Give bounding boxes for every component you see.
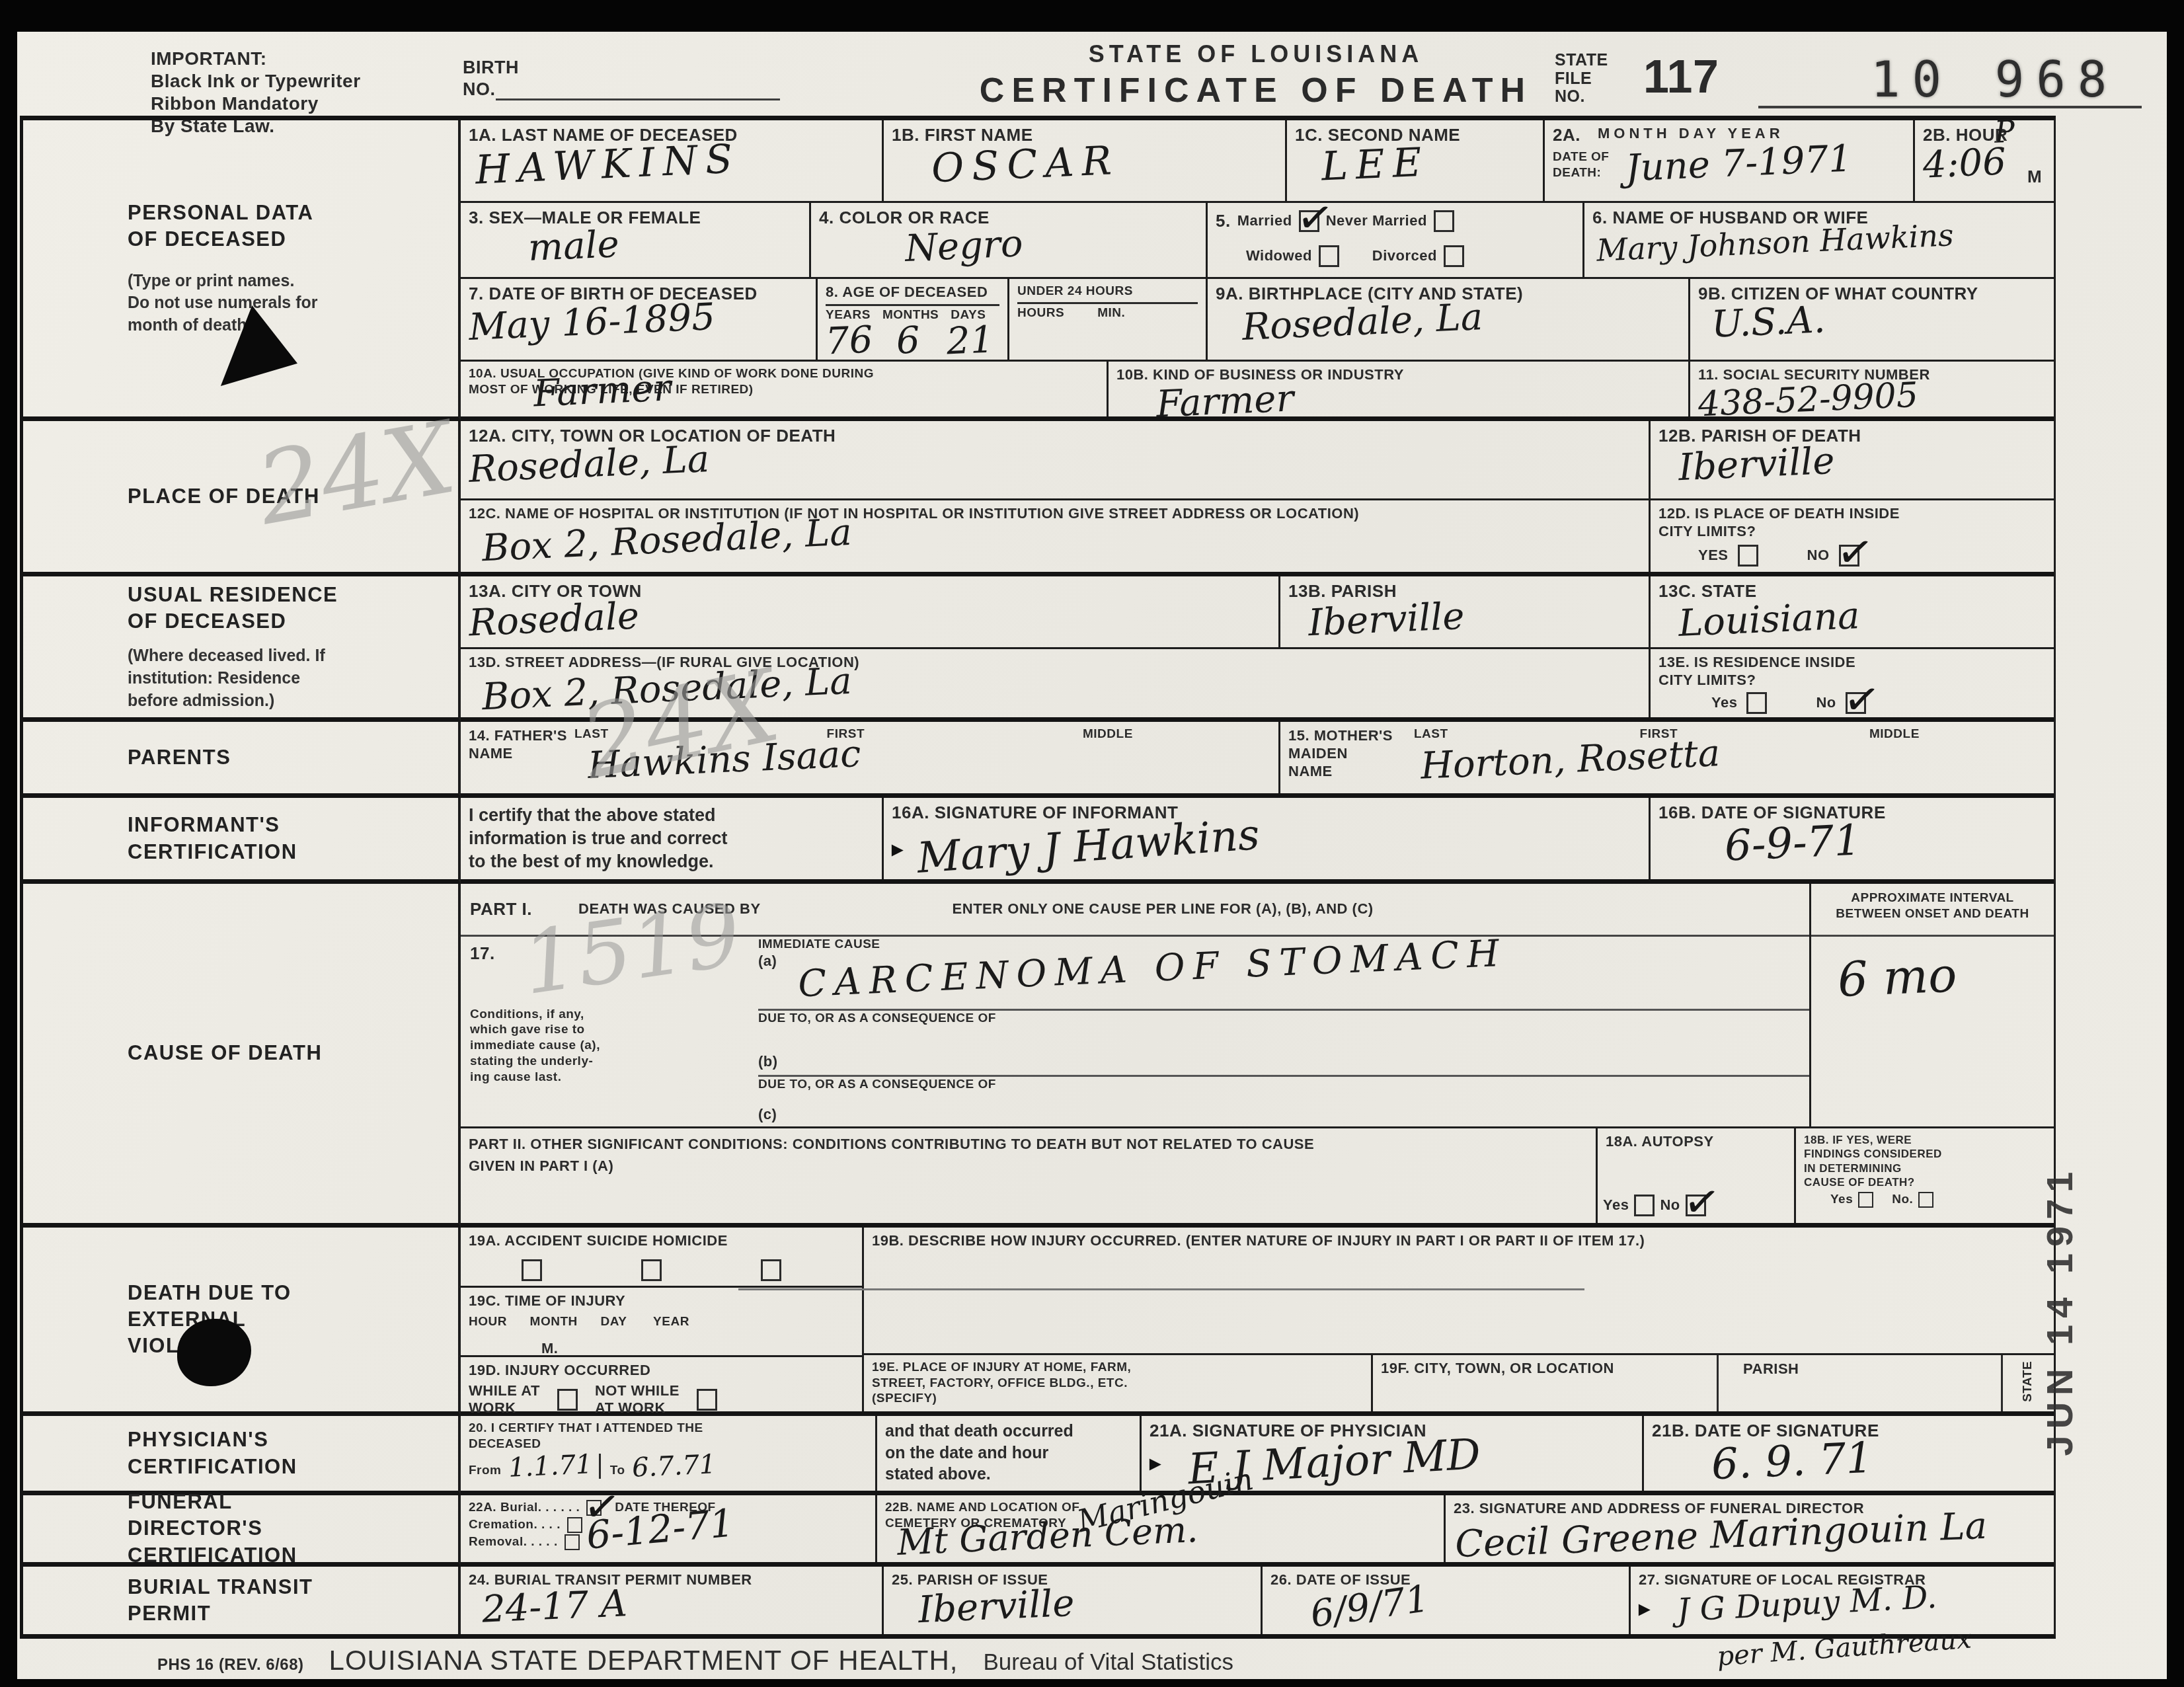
option-no: No xyxy=(1660,1197,1680,1214)
section-title: DEATH DUE TO EXTERNAL VIOLENCE xyxy=(128,1280,440,1360)
state-file-label: STATE FILE NO. xyxy=(1555,52,1608,106)
age-months-value: 6 xyxy=(896,323,921,359)
field-residence-city: 13A. CITY OR TOWN Rosedale xyxy=(461,576,1280,647)
immediate-cause-label: IMMEDIATE CAUSE xyxy=(758,937,880,951)
certificate-form: PERSONAL DATA OF DECEASED (Type or print… xyxy=(20,116,2056,1639)
field-value: 4:06 xyxy=(1922,144,2007,183)
section-burial-permit: BURIAL TRANSIT PERMIT xyxy=(23,1567,461,1634)
field-value-meridiem-p: P xyxy=(1994,117,2015,147)
section-cause-of-death: CAUSE OF DEATH xyxy=(23,884,461,1228)
cause-line-a: IMMEDIATE CAUSE (a) CARCENOMA OF STOMACH xyxy=(758,937,1809,1011)
row-physician: 20. I CERTIFY THAT I ATTENDED THE DECEAS… xyxy=(461,1416,2054,1495)
field-rows: 1A. LAST NAME OF DECEASED HAWKINS 1B. FI… xyxy=(461,120,2054,1634)
field-value: Box 2, Rosedale, La xyxy=(481,515,852,567)
checkbox-res-city-no xyxy=(1846,692,1866,714)
blank-line xyxy=(738,1288,1584,1290)
field-label: 3. SEX—MALE OR FEMALE xyxy=(469,208,801,229)
disposition-date-value: 6-12-71 xyxy=(585,1505,736,1553)
checkbox-autopsy-no xyxy=(1686,1195,1706,1216)
signature-arrow-icon: ► xyxy=(888,839,908,861)
field-label: UNDER 24 HOURS xyxy=(1017,284,1198,304)
field-value: 6-9-71 xyxy=(1724,820,1862,867)
field-permit-number: 24. BURIAL TRANSIT PERMIT NUMBER 24-17 A xyxy=(461,1567,884,1634)
field-label: 26. DATE OF ISSUE xyxy=(1270,1571,1621,1589)
field-funeral-director-signature: 23. SIGNATURE AND ADDRESS OF FUNERAL DIR… xyxy=(1446,1495,2054,1562)
cause-lines: IMMEDIATE CAUSE (a) CARCENOMA OF STOMACH… xyxy=(758,937,1809,1126)
field-value: Horton, Rosetta xyxy=(1420,736,1721,784)
row-informant: I certify that the above stated informat… xyxy=(461,798,2054,884)
field-mother-name: 15. MOTHER'S MAIDEN NAME LAST FIRST MIDD… xyxy=(1280,722,2054,793)
field-autopsy: 18A. AUTOPSY Yes No xyxy=(1598,1128,1796,1223)
row-occupation: 10A. USUAL OCCUPATION (GIVE KIND OF WORK… xyxy=(461,362,2054,421)
time-cols: HOUR MONTH DAY YEAR xyxy=(469,1314,854,1330)
checkbox-death-city-no xyxy=(1839,545,1859,567)
marker-c: (c) xyxy=(758,1106,777,1124)
checkbox-homicide xyxy=(761,1259,781,1281)
col-middle: MIDDLE xyxy=(1869,726,1920,742)
checkbox-removal xyxy=(565,1534,580,1550)
marker-a: (a) xyxy=(758,953,777,969)
option-no: No. xyxy=(1892,1192,1913,1208)
field-parish-of-death: 12B. PARISH OF DEATH Iberville xyxy=(1651,421,2054,498)
option-not-while-at-work: NOT WHILE AT WORK xyxy=(595,1382,680,1418)
conditions-note: Conditions, if any, which gave rise to i… xyxy=(470,1007,749,1085)
row-names: 1A. LAST NAME OF DECEASED HAWKINS 1B. FI… xyxy=(461,120,2054,203)
section-funeral-director: FUNERAL DIRECTOR'S CERTIFICATION xyxy=(23,1495,461,1567)
state-title: STATE OF LOUISIANA xyxy=(978,40,1534,69)
row-burial-permit: 24. BURIAL TRANSIT PERMIT NUMBER 24-17 A… xyxy=(461,1567,2054,1634)
field-residence-state: 13C. STATE Louisiana xyxy=(1651,576,2054,647)
field-age: 8. AGE OF DECEASED YEARS MONTHS DAYS 76 … xyxy=(818,279,1009,360)
violence-right-stack: 19B. DESCRIBE HOW INJURY OCCURRED. (ENTE… xyxy=(864,1228,2054,1411)
field-value: Iberville xyxy=(917,1586,1075,1628)
important-title: IMPORTANT: xyxy=(151,48,361,70)
field-industry: 10B. KIND OF BUSINESS OR INDUSTRY Farmer xyxy=(1109,362,1690,416)
field-value: Farmer xyxy=(1155,381,1294,422)
field-disposition: 22A. Burial. . . . . . DATE THEREOF Crem… xyxy=(461,1495,877,1562)
field-value: OSCAR xyxy=(931,142,1120,188)
checkbox-never-married xyxy=(1434,210,1454,232)
birth-no-field: BIRTH NO. xyxy=(463,57,780,100)
physician-statement: and that death occurred on the date and … xyxy=(877,1416,1142,1491)
field-date-of-birth: 7. DATE OF BIRTH OF DECEASED May 16-1895 xyxy=(461,279,818,360)
field-label: 19B. DESCRIBE HOW INJURY OCCURRED. (ENTE… xyxy=(872,1232,2046,1250)
field-death-inside-city-limits: 12D. IS PLACE OF DEATH INSIDE CITY LIMIT… xyxy=(1651,500,2054,572)
section-usual-residence: USUAL RESIDENCE OF DECEASED (Where decea… xyxy=(23,576,461,722)
field-value: 438-52-9905 xyxy=(1697,379,1919,422)
to-label: To xyxy=(610,1463,625,1479)
field-label: 16A. SIGNATURE OF INFORMANT xyxy=(892,803,1641,824)
field-label: 5. xyxy=(1216,211,1231,232)
row-cause-part2: PART II. OTHER SIGNIFICANT CONDITIONS: C… xyxy=(461,1128,2054,1228)
option-no: No xyxy=(1816,694,1836,712)
row-birth-age: 7. DATE OF BIRTH OF DECEASED May 16-1895… xyxy=(461,279,2054,362)
field-hour-of-death: 2B. HOUR 4:06 P M xyxy=(1915,120,2054,201)
birth-no-label: NO. xyxy=(463,79,496,100)
field-ssn: 11. SOCIAL SECURITY NUMBER 438-52-9905 xyxy=(1690,362,2054,416)
checkbox-death-city-yes xyxy=(1738,545,1758,567)
cause-a-value: CARCENOMA OF STOMACH xyxy=(797,936,1508,1002)
field-value: 6/9/71 xyxy=(1308,1581,1431,1633)
field-date-of-issue: 26. DATE OF ISSUE 6/9/71 xyxy=(1263,1567,1631,1634)
field-findings-considered: 18B. IF YES, WERE FINDINGS CONSIDERED IN… xyxy=(1796,1128,2054,1223)
to-value: 6.7.71 xyxy=(631,1452,717,1481)
field-value: U.S.A. xyxy=(1711,302,1826,342)
field-19f: 19F. CITY, TOWN, OR LOCATION PARISH STAT… xyxy=(1373,1355,2054,1411)
field-value: LEE xyxy=(1321,143,1430,186)
section-title: PARENTS xyxy=(128,744,440,771)
field-19d: 19D. INJURY OCCURRED WHILE AT WORK NOT W… xyxy=(461,1355,862,1422)
field-residence-inside-city-limits: 13E. IS RESIDENCE INSIDE CITY LIMITS? Ye… xyxy=(1651,649,2054,717)
field-label: 18A. AUTOPSY xyxy=(1606,1133,1786,1151)
section-title: INFORMANT'S CERTIFICATION xyxy=(128,812,440,865)
checkbox-res-city-yes xyxy=(1746,692,1767,714)
field-citizen-of: 9B. CITIZEN OF WHAT COUNTRY U.S.A. xyxy=(1690,279,2054,360)
field-marital-status: 5. Married Never Married Widowed Divorce… xyxy=(1208,203,1584,277)
state-file-number: 117 xyxy=(1643,49,1719,105)
department-name: LOUISIANA STATE DEPARTMENT OF HEALTH, xyxy=(329,1645,958,1676)
checkbox-widowed xyxy=(1319,245,1339,267)
col-last: LAST xyxy=(1414,726,1448,742)
field-registrar-signature: 27. SIGNATURE OF LOCAL REGISTRAR ► J G D… xyxy=(1631,1567,2054,1634)
field-value: Iberville xyxy=(1307,599,1465,641)
informant-statement: I certify that the above stated informat… xyxy=(461,798,884,879)
violence-subrow: 19E. PLACE OF INJURY AT HOME, FARM, STRE… xyxy=(864,1353,2054,1411)
checkbox-while-at-work xyxy=(557,1389,578,1411)
checkbox-accident xyxy=(522,1259,542,1281)
field-value: Louisiana xyxy=(1678,598,1860,641)
item17-number: 17. xyxy=(470,943,495,963)
field-value: HAWKINS xyxy=(475,140,741,189)
field-value: Negro xyxy=(904,226,1024,266)
field-label: 2A. xyxy=(1553,125,1580,146)
checkbox-divorced xyxy=(1444,245,1464,267)
field-sex: 3. SEX—MALE OR FEMALE male xyxy=(461,203,811,277)
due-to-label: DUE TO, OR AS A CONSEQUENCE OF xyxy=(758,1078,996,1091)
section-title: USUAL RESIDENCE OF DECEASED xyxy=(128,582,440,635)
signature-arrow-icon: ► xyxy=(1635,1598,1655,1621)
checkbox-not-while-at-work xyxy=(697,1389,717,1411)
field-label: 8. AGE OF DECEASED xyxy=(826,284,999,301)
option-removal: Removal. . . . . xyxy=(469,1534,558,1550)
section-note: (Type or print names. Do not use numeral… xyxy=(128,270,440,337)
section-note: (Where deceased lived. If institution: R… xyxy=(128,645,440,712)
field-label: 13B. PARISH xyxy=(1288,581,1641,602)
option-while-at-work: WHILE AT WORK xyxy=(469,1382,540,1418)
section-physician: PHYSICIAN'S CERTIFICATION xyxy=(23,1416,461,1495)
field-informant-signature: 16A. SIGNATURE OF INFORMANT ► Mary J Haw… xyxy=(884,798,1651,879)
under24-hours-label: HOURS xyxy=(1017,305,1064,321)
row-external-violence: 19A. ACCIDENT SUICIDE HOMICIDE 19C. TIME… xyxy=(461,1228,2054,1416)
from-label: From xyxy=(469,1463,502,1479)
section-informant: INFORMANT'S CERTIFICATION xyxy=(23,798,461,884)
field-spouse-name: 6. NAME OF HUSBAND OR WIFE Mary Johnson … xyxy=(1584,203,2054,277)
part1-note: ENTER ONLY ONE CAUSE PER LINE FOR (A), (… xyxy=(953,900,1374,918)
interval-label: APPROXIMATE INTERVAL BETWEEN ONSET AND D… xyxy=(1811,884,2054,937)
stamped-file-number: 10 968 xyxy=(1871,52,2119,108)
field-label: 19E. PLACE OF INJURY AT HOME, FARM, STRE… xyxy=(872,1360,1363,1407)
field-residence-parish: 13B. PARISH Iberville xyxy=(1280,576,1651,647)
part2-label: PART II. OTHER SIGNIFICANT CONDITIONS: C… xyxy=(469,1133,1588,1177)
field-label: 19C. TIME OF INJURY xyxy=(469,1292,854,1310)
field-second-name: 1C. SECOND NAME LEE xyxy=(1287,120,1545,201)
field-value: male xyxy=(527,227,620,266)
option-married: Married xyxy=(1237,212,1292,230)
marker-b: (b) xyxy=(758,1053,778,1071)
field-value: Mary J Hawkins xyxy=(916,815,1261,879)
row-hospital: 12C. NAME OF HOSPITAL OR INSTITUTION (IF… xyxy=(461,500,2054,576)
field-value: Rosedale xyxy=(468,598,640,641)
row-funeral-director: 22A. Burial. . . . . . DATE THEREOF Crem… xyxy=(461,1495,2054,1567)
row-residence-city: 13A. CITY OR TOWN Rosedale 13B. PARISH I… xyxy=(461,576,2054,649)
field-last-name: 1A. LAST NAME OF DECEASED HAWKINS xyxy=(461,120,884,201)
section-title: BURIAL TRANSIT PERMIT xyxy=(128,1574,440,1628)
section-title: CAUSE OF DEATH xyxy=(128,1040,440,1066)
field-label: 20. I CERTIFY THAT I ATTENDED THE DECEAS… xyxy=(469,1421,867,1452)
field-label: 19D. INJURY OCCURRED xyxy=(469,1362,854,1380)
field-physician-date: 21B. DATE OF SIGNATURE 6. 9. 71 xyxy=(1644,1416,2054,1491)
field-first-name: 1B. FIRST NAME OSCAR xyxy=(884,120,1287,201)
received-date-stamp: JUN 14 1971 xyxy=(2038,1106,2081,1516)
section-title: PERSONAL DATA OF DECEASED xyxy=(128,200,440,253)
option-divorced: Divorced xyxy=(1372,247,1437,265)
field-label: 15. MOTHER'S MAIDEN NAME xyxy=(1288,727,1393,780)
under24-min-label: MIN. xyxy=(1097,305,1125,321)
field-prefix: DATE OF DEATH: xyxy=(1553,149,1609,181)
section-title: FUNERAL DIRECTOR'S CERTIFICATION xyxy=(128,1489,440,1569)
divider xyxy=(2001,1355,2003,1411)
state-sublabel: STATE xyxy=(2020,1361,2036,1402)
section-external-violence: DEATH DUE TO EXTERNAL VIOLENCE xyxy=(23,1228,461,1416)
field-attended: 20. I CERTIFY THAT I ATTENDED THE DECEAS… xyxy=(461,1416,877,1491)
cause-line-b: DUE TO, OR AS A CONSEQUENCE OF (b) xyxy=(758,1011,1809,1077)
field-date-of-death: 2A. MONTH DAY YEAR DATE OF DEATH: June 7… xyxy=(1545,120,1915,201)
due-to-label: DUE TO, OR AS A CONSEQUENCE OF xyxy=(758,1011,996,1025)
birth-no-blank-line xyxy=(496,81,780,100)
checkbox-cremation xyxy=(567,1517,582,1533)
violence-left-stack: 19A. ACCIDENT SUICIDE HOMICIDE 19C. TIME… xyxy=(461,1228,864,1411)
option-yes: YES xyxy=(1698,547,1729,565)
option-no: NO xyxy=(1807,547,1830,565)
field-19e: 19E. PLACE OF INJURY AT HOME, FARM, STRE… xyxy=(864,1355,1373,1411)
signature-arrow-icon: ► xyxy=(1146,1453,1165,1475)
field-informant-date: 16B. DATE OF SIGNATURE 6-9-71 xyxy=(1651,798,2054,879)
field-under-24-hours: UNDER 24 HOURS HOURS MIN. xyxy=(1009,279,1208,360)
part2-conditions: PART II. OTHER SIGNIFICANT CONDITIONS: C… xyxy=(461,1128,1598,1223)
row-sex-race-marital: 3. SEX—MALE OR FEMALE male 4. COLOR OR R… xyxy=(461,203,2054,279)
checkbox-suicide xyxy=(641,1259,662,1281)
from-value: 1.1.71 xyxy=(508,1452,593,1481)
field-value: Rosedale, La xyxy=(1241,299,1483,345)
age-years-value: 76 xyxy=(825,322,874,359)
field-19a: 19A. ACCIDENT SUICIDE HOMICIDE xyxy=(461,1228,862,1286)
field-label: 19A. ACCIDENT SUICIDE HOMICIDE xyxy=(469,1232,854,1250)
checkbox-autopsy-yes xyxy=(1634,1195,1655,1216)
field-19c: 19C. TIME OF INJURY HOUR MONTH DAY YEAR … xyxy=(461,1286,862,1355)
field-value-meridiem-m: M xyxy=(2027,167,2042,188)
row-death-location: 12A. CITY, TOWN OR LOCATION OF DEATH Ros… xyxy=(461,421,2054,500)
field-19b: 19B. DESCRIBE HOW INJURY OCCURRED. (ENTE… xyxy=(864,1228,2054,1353)
birth-label: BIRTH xyxy=(463,57,780,79)
interval-a-value: 6 mo xyxy=(1837,948,2055,1003)
field-value: May 16-1895 xyxy=(468,299,716,345)
certificate-title: CERTIFICATE OF DEATH xyxy=(846,70,1666,112)
col-middle: MIDDLE xyxy=(1083,726,1133,742)
field-label: 19F. CITY, TOWN, OR LOCATION xyxy=(1381,1360,1614,1376)
checkbox-findings-no xyxy=(1918,1192,1933,1208)
field-value: June 7-1971 xyxy=(1625,141,1853,186)
checkbox-married xyxy=(1299,210,1319,232)
option-burial: 22A. Burial. . . . . . xyxy=(469,1500,580,1516)
field-value: Farmer xyxy=(533,370,672,411)
option-yes: Yes xyxy=(1830,1192,1853,1208)
field-occupation: 10A. USUAL OCCUPATION (GIVE KIND OF WORK… xyxy=(461,362,1109,416)
field-birthplace: 9A. BIRTHPLACE (CITY AND STATE) Rosedale… xyxy=(1208,279,1690,360)
option-yes: Yes xyxy=(1711,694,1737,712)
option-never-married: Never Married xyxy=(1326,212,1427,230)
field-label: 18B. IF YES, WERE FINDINGS CONSIDERED IN… xyxy=(1804,1133,2046,1189)
field-label: 12B. PARISH OF DEATH xyxy=(1658,426,2046,447)
field-color-race: 4. COLOR OR RACE Negro xyxy=(811,203,1208,277)
field-value: 24-17 A xyxy=(481,1586,628,1628)
statement-text: I certify that the above stated informat… xyxy=(469,804,728,873)
interval-column: APPROXIMATE INTERVAL BETWEEN ONSET AND D… xyxy=(1809,884,2054,1126)
field-value: Iberville xyxy=(1678,444,1835,485)
section-parents: PARENTS xyxy=(23,722,461,798)
option-widowed: Widowed xyxy=(1246,247,1312,265)
section-title: PHYSICIAN'S CERTIFICATION xyxy=(128,1427,440,1480)
field-value: 6. 9. 71 xyxy=(1711,1438,1874,1485)
field-city-of-death: 12A. CITY, TOWN OR LOCATION OF DEATH Ros… xyxy=(461,421,1651,498)
option-yes: Yes xyxy=(1603,1197,1629,1214)
bureau-name: Bureau of Vital Statistics xyxy=(983,1649,1233,1676)
checkbox-findings-yes xyxy=(1858,1192,1873,1208)
field-label: 14. FATHER'S NAME xyxy=(469,727,567,763)
cause-line-c: DUE TO, OR AS A CONSEQUENCE OF (c) xyxy=(758,1077,1809,1126)
field-cemetery: 22B. NAME AND LOCATION OF CEMETERY OR CR… xyxy=(877,1495,1446,1562)
statement-text: and that death occurred on the date and … xyxy=(885,1421,1132,1485)
parish-sublabel: PARISH xyxy=(1743,1360,1799,1378)
divider xyxy=(1717,1355,1719,1411)
form-footer: PHS 16 (REV. 6/68) LOUISIANA STATE DEPAR… xyxy=(157,1645,1233,1676)
field-value: Rosedale, La xyxy=(468,442,710,487)
field-parish-of-issue: 25. PARISH OF ISSUE Iberville xyxy=(884,1567,1263,1634)
field-hospital: 12C. NAME OF HOSPITAL OR INSTITUTION (IF… xyxy=(461,500,1651,572)
form-number: PHS 16 (REV. 6/68) xyxy=(157,1655,304,1674)
option-cremation: Cremation. . . . xyxy=(469,1517,561,1533)
age-days-value: 21 xyxy=(946,322,995,359)
